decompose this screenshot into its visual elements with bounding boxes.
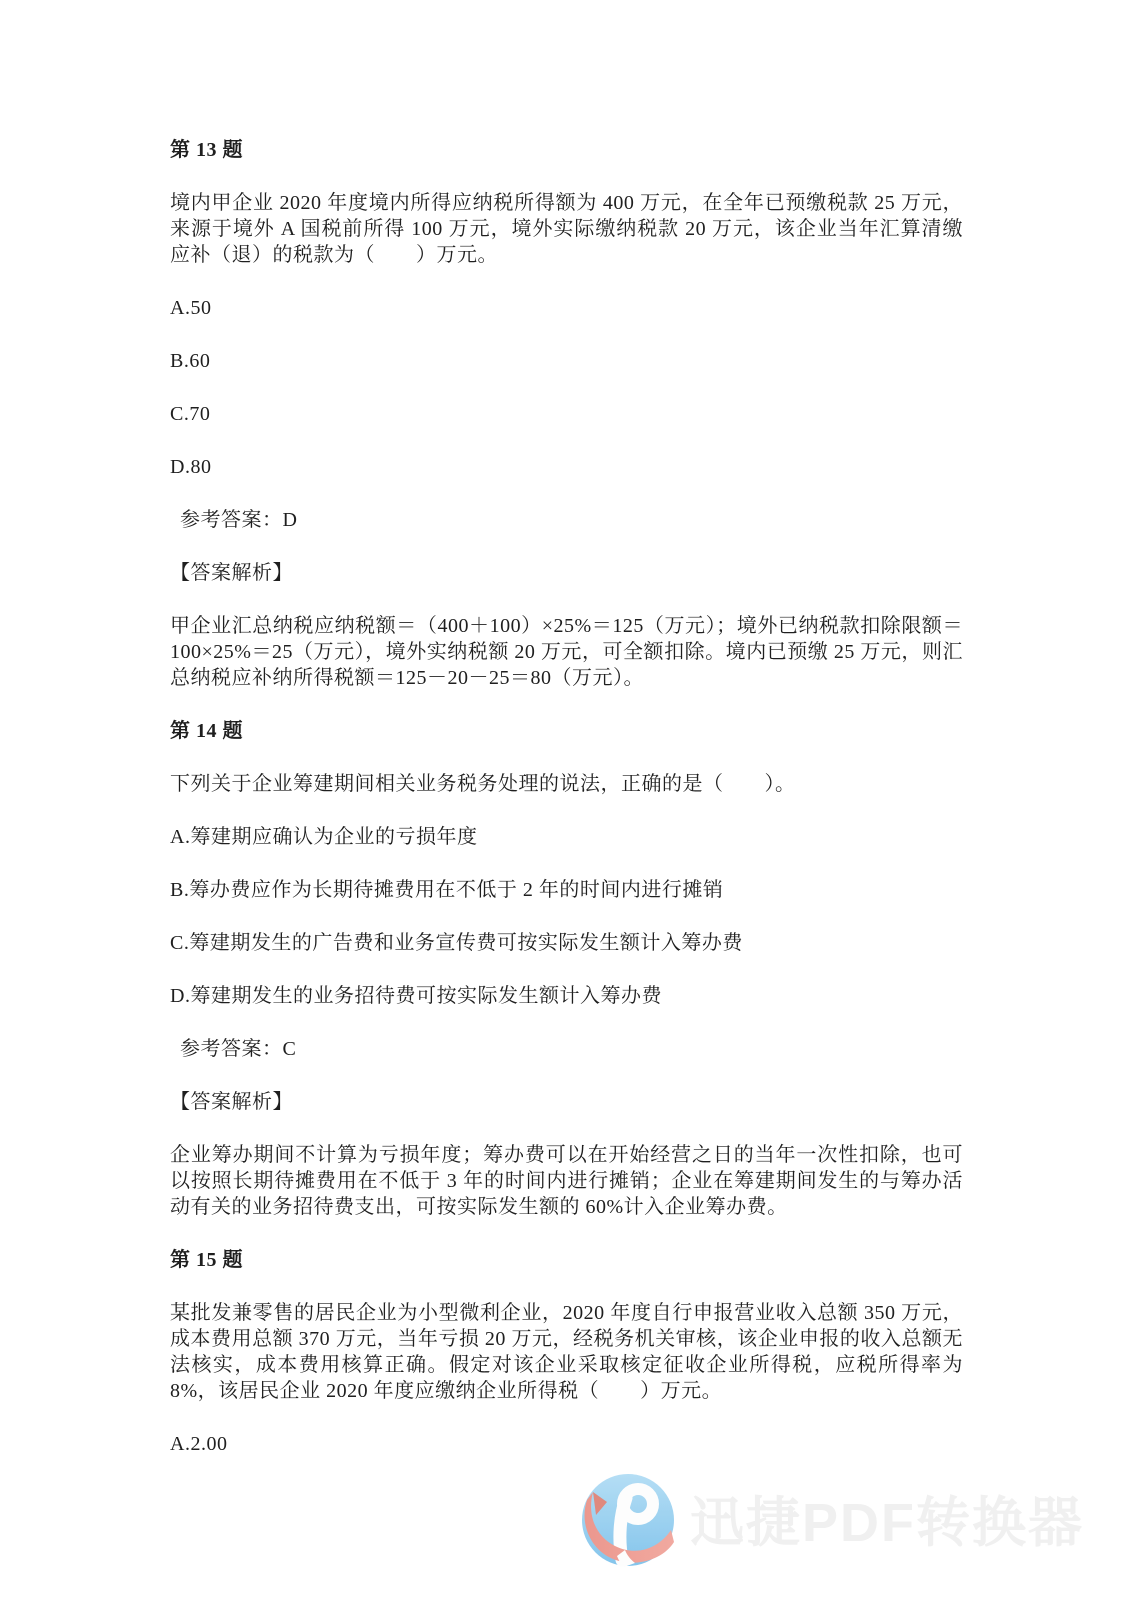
question-block-14: 第 14 题 下列关于企业筹建期间相关业务税务处理的说法，正确的是（ ）。 A.…: [170, 718, 963, 1220]
option-d: D.80: [170, 454, 963, 480]
option-d: D.筹建期发生的业务招待费可按实际发生额计入筹办费: [170, 983, 963, 1009]
option-a: A.2.00: [170, 1431, 963, 1457]
watermark: 迅捷PDF转换器: [577, 1468, 1084, 1568]
pdf-converter-logo-icon: [577, 1468, 677, 1568]
question-number: 第 13 题: [170, 137, 963, 163]
option-c: C.70: [170, 401, 963, 427]
analysis-heading: 【答案解析】: [170, 1089, 963, 1115]
analysis-text: 企业筹办期间不计算为亏损年度；筹办费可以在开始经营之日的当年一次性扣除，也可以按…: [170, 1142, 963, 1220]
analysis-text: 甲企业汇总纳税应纳税额＝（400＋100）×25%＝125（万元）；境外已纳税款…: [170, 613, 963, 691]
question-block-13: 第 13 题 境内甲企业 2020 年度境内所得应纳税所得额为 400 万元，在…: [170, 137, 963, 691]
question-block-15: 第 15 题 某批发兼零售的居民企业为小型微利企业，2020 年度自行申报营业收…: [170, 1247, 963, 1457]
question-stem: 下列关于企业筹建期间相关业务税务处理的说法，正确的是（ ）。: [170, 771, 963, 797]
question-stem: 某批发兼零售的居民企业为小型微利企业，2020 年度自行申报营业收入总额 350…: [170, 1300, 963, 1404]
option-a: A.筹建期应确认为企业的亏损年度: [170, 824, 963, 850]
reference-answer: 参考答案：D: [170, 507, 963, 533]
question-number: 第 14 题: [170, 718, 963, 744]
option-b: B.筹办费应作为长期待摊费用在不低于 2 年的时间内进行摊销: [170, 877, 963, 903]
question-stem: 境内甲企业 2020 年度境内所得应纳税所得额为 400 万元，在全年已预缴税款…: [170, 190, 963, 268]
questions-content: 第 13 题 境内甲企业 2020 年度境内所得应纳税所得额为 400 万元，在…: [170, 137, 963, 1484]
watermark-text: 迅捷PDF转换器: [690, 1480, 1084, 1557]
analysis-heading: 【答案解析】: [170, 560, 963, 586]
option-c: C.筹建期发生的广告费和业务宣传费可按实际发生额计入筹办费: [170, 930, 963, 956]
reference-answer: 参考答案：C: [170, 1036, 963, 1062]
question-number: 第 15 题: [170, 1247, 963, 1273]
option-a: A.50: [170, 295, 963, 321]
option-b: B.60: [170, 348, 963, 374]
